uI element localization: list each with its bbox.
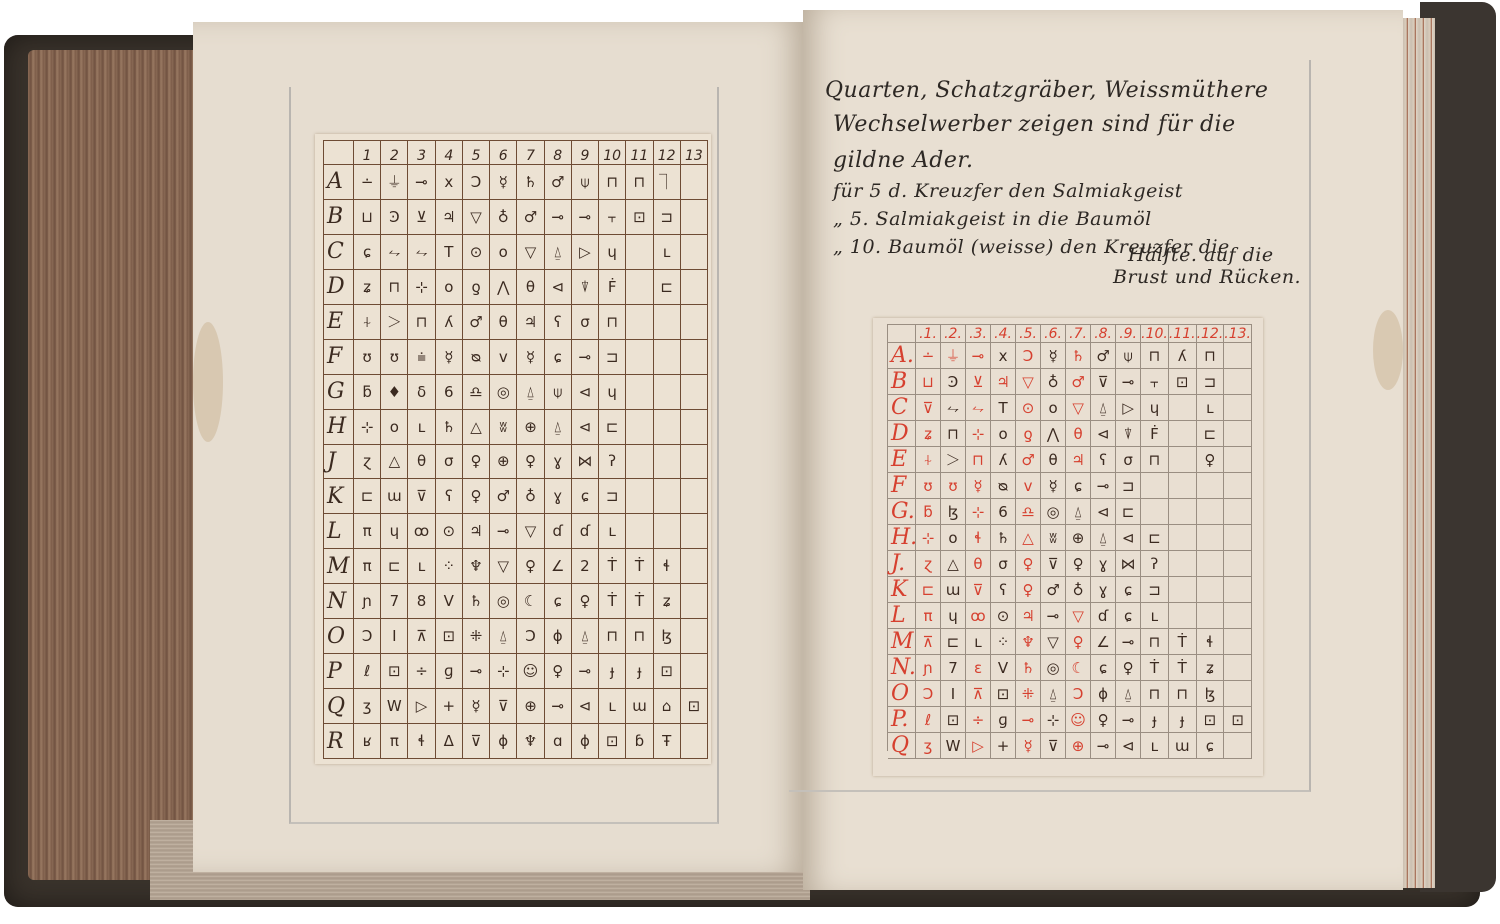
cipher-symbol bbox=[1224, 681, 1252, 707]
cipher-symbol bbox=[681, 445, 708, 480]
cipher-symbol: ⊸ bbox=[572, 340, 599, 375]
cipher-symbol bbox=[626, 305, 653, 340]
cipher-symbol: ɣ bbox=[1091, 551, 1116, 577]
row-label: P. bbox=[888, 707, 916, 733]
cipher-symbol: ƍ bbox=[1016, 421, 1041, 447]
cipher-symbol bbox=[681, 619, 708, 654]
cipher-symbol: 7 bbox=[941, 655, 966, 681]
row-label: D bbox=[324, 270, 354, 305]
cipher-symbol: ⊲ bbox=[1091, 499, 1116, 525]
cipher-symbol: ♀ bbox=[1016, 577, 1041, 603]
cipher-symbol: ♄ bbox=[1066, 343, 1091, 369]
cipher-symbol bbox=[1224, 733, 1252, 759]
cipher-symbol: ɗ bbox=[545, 514, 572, 549]
cipher-symbol: ♀ bbox=[517, 549, 544, 584]
row-label: M bbox=[324, 549, 354, 584]
cipher-symbol: ⊓ bbox=[941, 421, 966, 447]
cipher-symbol bbox=[1224, 447, 1252, 473]
cipher-symbol: Ↄ bbox=[1066, 681, 1091, 707]
column-header: .8. bbox=[1091, 325, 1116, 343]
cipher-symbol: ⊏ bbox=[1197, 421, 1225, 447]
cipher-symbol: ♄ bbox=[1016, 655, 1041, 681]
cipher-symbol: ɬ bbox=[654, 549, 681, 584]
cipher-symbol: ʑ bbox=[1197, 655, 1225, 681]
cipher-symbol: ☿ bbox=[966, 473, 991, 499]
cipher-symbol bbox=[654, 445, 681, 480]
cipher-symbol: V bbox=[436, 584, 463, 619]
column-header: 5 bbox=[463, 141, 490, 165]
cipher-symbol: I bbox=[941, 681, 966, 707]
cipher-symbol: ♀ bbox=[1091, 707, 1116, 733]
cipher-symbol: ʟ bbox=[966, 629, 991, 655]
cipher-symbol: ☿ bbox=[1041, 343, 1066, 369]
cipher-symbol: ⍒ bbox=[572, 270, 599, 305]
cipher-symbol bbox=[681, 305, 708, 340]
cipher-symbol: Ḟ bbox=[599, 270, 626, 305]
cipher-symbol bbox=[1169, 603, 1197, 629]
cipher-symbol: ʟ bbox=[599, 689, 626, 724]
left-page: 12345678910111213A∸⏚⊸xↃ☿♄♂⍦⊓⊓⏋B⊔Ͽ⊻♃▽♁♂⊸⊸… bbox=[193, 22, 803, 872]
cipher-symbol: ⊲ bbox=[545, 270, 572, 305]
cipher-symbol: ʒ bbox=[916, 733, 941, 759]
cipher-symbol: ⊽ bbox=[463, 724, 490, 759]
cipher-symbol bbox=[1169, 473, 1197, 499]
cipher-symbol: ⊐ bbox=[654, 200, 681, 235]
cipher-symbol: △ bbox=[463, 410, 490, 445]
cipher-symbol: ⊲ bbox=[572, 689, 599, 724]
cipher-symbol: ♁ bbox=[517, 479, 544, 514]
cipher-symbol: ♂ bbox=[463, 305, 490, 340]
cipher-symbol: ɸ bbox=[1091, 681, 1116, 707]
cipher-symbol: W bbox=[941, 733, 966, 759]
cipher-symbol: ⊡ bbox=[599, 724, 626, 759]
column-header: .6. bbox=[1041, 325, 1066, 343]
cipher-symbol: ɯ bbox=[381, 479, 408, 514]
cipher-symbol: ⍒ bbox=[1116, 421, 1141, 447]
cipher-symbol: ⊲ bbox=[1091, 421, 1116, 447]
cipher-symbol: ⊙ bbox=[436, 514, 463, 549]
cipher-symbol: σ bbox=[436, 445, 463, 480]
cipher-symbol: ◎ bbox=[1041, 655, 1066, 681]
column-header: .2. bbox=[941, 325, 966, 343]
cipher-symbol: Ↄ bbox=[463, 165, 490, 200]
cipher-symbol bbox=[1169, 421, 1197, 447]
cipher-symbol: ɮ bbox=[941, 499, 966, 525]
cipher-symbol: ⊡ bbox=[681, 689, 708, 724]
cipher-symbol: ʕ bbox=[991, 577, 1016, 603]
cipher-symbol: ɮ bbox=[1197, 681, 1225, 707]
cipher-symbol: ▽ bbox=[1066, 603, 1091, 629]
cipher-symbol: ⊽ bbox=[408, 479, 435, 514]
cipher-symbol: ⊏ bbox=[599, 410, 626, 445]
cipher-symbol: ⊡ bbox=[436, 619, 463, 654]
cipher-symbol: ʬ bbox=[490, 410, 517, 445]
row-label: H. bbox=[888, 525, 916, 551]
cipher-symbol: ⩧ bbox=[408, 340, 435, 375]
cipher-symbol: ɀ bbox=[354, 445, 381, 480]
cipher-symbol: ▷ bbox=[408, 689, 435, 724]
row-label: M bbox=[888, 629, 916, 655]
cipher-symbol: ♀ bbox=[1066, 629, 1091, 655]
cipher-symbol: ⍙ bbox=[545, 235, 572, 270]
cipher-symbol bbox=[1224, 421, 1252, 447]
cipher-symbol bbox=[1224, 395, 1252, 421]
cipher-symbol bbox=[1224, 603, 1252, 629]
column-header: 8 bbox=[545, 141, 572, 165]
cipher-symbol bbox=[1224, 473, 1252, 499]
cipher-symbol: ⊼ bbox=[966, 681, 991, 707]
cipher-symbol: ⊲ bbox=[1116, 733, 1141, 759]
cipher-symbol bbox=[626, 340, 653, 375]
cipher-symbol bbox=[681, 235, 708, 270]
cipher-symbol bbox=[654, 340, 681, 375]
cipher-symbol bbox=[681, 549, 708, 584]
cipher-symbol: ⊓ bbox=[626, 619, 653, 654]
cipher-symbol bbox=[654, 479, 681, 514]
cipher-symbol: ♄ bbox=[463, 584, 490, 619]
cipher-symbol bbox=[681, 479, 708, 514]
column-header: 3 bbox=[408, 141, 435, 165]
cipher-symbol: ÷ bbox=[408, 654, 435, 689]
cipher-symbol: ɑ bbox=[545, 724, 572, 759]
cipher-symbol: ♀ bbox=[572, 584, 599, 619]
right-cipher-table: .1..2..3..4..5..6..7..8..9..10..11..12..… bbox=[887, 324, 1252, 751]
cipher-symbol bbox=[681, 165, 708, 200]
cipher-symbol: π bbox=[354, 549, 381, 584]
cipher-symbol: ♀ bbox=[545, 654, 572, 689]
row-label: G bbox=[324, 375, 354, 410]
cipher-symbol: ʟ bbox=[1141, 733, 1169, 759]
cipher-symbol: ɟ bbox=[1141, 707, 1169, 733]
cipher-symbol bbox=[1169, 499, 1197, 525]
cipher-symbol: π bbox=[916, 603, 941, 629]
cipher-symbol: ⊏ bbox=[941, 629, 966, 655]
cipher-symbol: ▽ bbox=[1066, 395, 1091, 421]
cipher-symbol: Ṫ bbox=[626, 584, 653, 619]
cipher-symbol: ⊻ bbox=[966, 369, 991, 395]
cipher-symbol: Ḟ bbox=[1141, 421, 1169, 447]
cipher-symbol: ʟ bbox=[408, 549, 435, 584]
cipher-symbol: ɣ bbox=[545, 445, 572, 480]
cipher-symbol: ⊏ bbox=[654, 270, 681, 305]
handwriting-line-5: „ 5. Salmiakgeist in die Baumöl bbox=[833, 208, 1152, 230]
cipher-symbol: ♀ bbox=[1066, 551, 1091, 577]
cipher-symbol: σ bbox=[1116, 447, 1141, 473]
cipher-symbol bbox=[1224, 629, 1252, 655]
left-cipher-table: 12345678910111213A∸⏚⊸xↃ☿♄♂⍦⊓⊓⏋B⊔Ͽ⊻♃▽♁♂⊸⊸… bbox=[323, 140, 708, 759]
cipher-symbol: ⊓ bbox=[408, 305, 435, 340]
cipher-symbol: ⊔ bbox=[916, 369, 941, 395]
cipher-symbol: ∸ bbox=[354, 165, 381, 200]
cipher-symbol: ɟ bbox=[1169, 707, 1197, 733]
cipher-symbol: ⊲ bbox=[1116, 525, 1141, 551]
cipher-symbol: θ bbox=[1066, 421, 1091, 447]
handwriting-line-4: für 5 d. Kreuzfer den Salmiakgeist bbox=[833, 180, 1183, 202]
cipher-symbol: ♀ bbox=[463, 445, 490, 480]
cipher-symbol: ☾ bbox=[1066, 655, 1091, 681]
cipher-symbol: ⅴ bbox=[490, 340, 517, 375]
cipher-symbol: ♁ bbox=[1066, 577, 1091, 603]
cipher-symbol: x bbox=[991, 343, 1016, 369]
cipher-symbol: ⊸ bbox=[1041, 603, 1066, 629]
row-label: E bbox=[324, 305, 354, 340]
cipher-symbol: 7 bbox=[381, 584, 408, 619]
cipher-symbol: ⊓ bbox=[1197, 343, 1225, 369]
cipher-symbol: △ bbox=[1016, 525, 1041, 551]
cipher-symbol: ⊓ bbox=[1141, 447, 1169, 473]
cipher-symbol: ♀ bbox=[1016, 551, 1041, 577]
column-header: .7. bbox=[1066, 325, 1091, 343]
row-label: K bbox=[324, 479, 354, 514]
cipher-symbol: o bbox=[490, 235, 517, 270]
cipher-symbol bbox=[626, 514, 653, 549]
cipher-symbol: Ↄ bbox=[1016, 343, 1041, 369]
row-label: B bbox=[324, 200, 354, 235]
cipher-symbol: ♂ bbox=[1066, 369, 1091, 395]
cipher-symbol: + bbox=[436, 689, 463, 724]
cipher-symbol: ⍙ bbox=[517, 375, 544, 410]
cipher-symbol: ♄ bbox=[436, 410, 463, 445]
cipher-symbol: Δ bbox=[436, 724, 463, 759]
column-header: 2 bbox=[381, 141, 408, 165]
right-page: Quarten, Schatzgräber, Weissmüthere Wech… bbox=[803, 10, 1403, 890]
cipher-symbol: ⊡ bbox=[626, 200, 653, 235]
cipher-symbol: 6 bbox=[991, 499, 1016, 525]
cipher-symbol: ʎ bbox=[1169, 343, 1197, 369]
cipher-symbol: Ŧ bbox=[654, 724, 681, 759]
cipher-symbol bbox=[1224, 655, 1252, 681]
cipher-symbol: ♃ bbox=[436, 200, 463, 235]
cipher-symbol: ♀ bbox=[1197, 447, 1225, 473]
row-label: C bbox=[888, 395, 916, 421]
cipher-symbol bbox=[681, 514, 708, 549]
cipher-symbol: Ↄ bbox=[354, 619, 381, 654]
row-label: A bbox=[324, 165, 354, 200]
cipher-symbol: ʬ bbox=[1041, 525, 1066, 551]
cipher-symbol: ʊ bbox=[941, 473, 966, 499]
cipher-symbol: θ bbox=[1041, 447, 1066, 473]
cipher-symbol bbox=[681, 270, 708, 305]
column-header: .5. bbox=[1016, 325, 1041, 343]
cipher-symbol: ⊡ bbox=[941, 707, 966, 733]
cipher-symbol: ÷ bbox=[966, 707, 991, 733]
cipher-symbol: ʟ bbox=[1141, 603, 1169, 629]
cipher-symbol: 2 bbox=[572, 549, 599, 584]
column-header: .10. bbox=[1141, 325, 1169, 343]
cipher-symbol: ɕ bbox=[1066, 473, 1091, 499]
cipher-symbol: ⍙ bbox=[1041, 681, 1066, 707]
row-label: P bbox=[324, 654, 354, 689]
cipher-symbol bbox=[1169, 577, 1197, 603]
cipher-symbol: ⊸ bbox=[1116, 369, 1141, 395]
cipher-symbol: ⊓ bbox=[599, 165, 626, 200]
cipher-symbol bbox=[626, 235, 653, 270]
cipher-symbol: o bbox=[381, 410, 408, 445]
cipher-symbol: ☿ bbox=[436, 340, 463, 375]
cipher-symbol: ⍦ bbox=[545, 375, 572, 410]
cipher-symbol: ⁜ bbox=[1016, 681, 1041, 707]
cipher-symbol: Ↄ bbox=[517, 619, 544, 654]
cipher-symbol: π bbox=[354, 514, 381, 549]
cipher-symbol: ɣ bbox=[1091, 577, 1116, 603]
row-label: N bbox=[324, 584, 354, 619]
row-label: E bbox=[888, 447, 916, 473]
cipher-symbol: ʟ bbox=[599, 514, 626, 549]
cipher-symbol: △ bbox=[381, 445, 408, 480]
cipher-symbol: ɬ bbox=[408, 724, 435, 759]
cipher-symbol: ▽ bbox=[1041, 629, 1066, 655]
cipher-symbol: ♀ bbox=[1116, 655, 1141, 681]
cipher-symbol bbox=[681, 375, 708, 410]
row-label: J. bbox=[888, 551, 916, 577]
cipher-symbol: ʑ bbox=[354, 270, 381, 305]
cipher-symbol: ɥ bbox=[1141, 395, 1169, 421]
cipher-symbol: ⊏ bbox=[1116, 499, 1141, 525]
cipher-symbol: ɬ bbox=[1197, 629, 1225, 655]
cipher-symbol: ⊲ bbox=[572, 375, 599, 410]
cipher-symbol: ⊽ bbox=[490, 689, 517, 724]
cipher-symbol: ⊸ bbox=[966, 343, 991, 369]
cipher-symbol: π bbox=[381, 724, 408, 759]
cipher-symbol: ɥ bbox=[381, 514, 408, 549]
cipher-symbol: ⊸ bbox=[572, 200, 599, 235]
cipher-symbol: W bbox=[381, 689, 408, 724]
cipher-symbol: ♀ bbox=[517, 445, 544, 480]
cipher-symbol: ⁘ bbox=[436, 549, 463, 584]
cipher-symbol: ᴓ bbox=[991, 473, 1016, 499]
row-label: D bbox=[888, 421, 916, 447]
cipher-symbol: ɬ bbox=[966, 525, 991, 551]
cipher-symbol: ☺ bbox=[517, 654, 544, 689]
cipher-symbol: 8 bbox=[408, 584, 435, 619]
cipher-symbol: ⊐ bbox=[1141, 577, 1169, 603]
cipher-symbol: ⍦ bbox=[1116, 343, 1141, 369]
cipher-symbol: ▽ bbox=[517, 235, 544, 270]
cipher-symbol: θ bbox=[966, 551, 991, 577]
right-page-edges bbox=[1400, 18, 1435, 888]
cipher-symbol: ▽ bbox=[463, 200, 490, 235]
cipher-symbol: ʔ bbox=[599, 445, 626, 480]
cipher-symbol bbox=[1224, 343, 1252, 369]
cipher-symbol: ⍙ bbox=[490, 619, 517, 654]
cipher-symbol: ∠ bbox=[1091, 629, 1116, 655]
cipher-symbol: θ bbox=[408, 445, 435, 480]
cipher-symbol: V bbox=[991, 655, 1016, 681]
handwriting-line-2: Wechselwerber zeigen sind für die bbox=[833, 112, 1236, 137]
column-header: 10 bbox=[599, 141, 626, 165]
cipher-symbol: ⊓ bbox=[626, 165, 653, 200]
cipher-symbol: ⁘ bbox=[991, 629, 1016, 655]
cipher-symbol: ɕ bbox=[1116, 577, 1141, 603]
column-header: .12. bbox=[1197, 325, 1225, 343]
cipher-symbol bbox=[1224, 577, 1252, 603]
corner-cell bbox=[888, 325, 916, 343]
cipher-symbol: ɕ bbox=[1091, 655, 1116, 681]
cipher-symbol: ɕ bbox=[1116, 603, 1141, 629]
cipher-symbol: ƃ bbox=[354, 375, 381, 410]
cipher-symbol: ɣ bbox=[545, 479, 572, 514]
cipher-symbol: ⌂ bbox=[654, 689, 681, 724]
cipher-symbol: ⥊ bbox=[941, 395, 966, 421]
cipher-symbol: ⊐ bbox=[599, 479, 626, 514]
cipher-symbol: ⊕ bbox=[517, 410, 544, 445]
cipher-symbol: ◎ bbox=[490, 584, 517, 619]
cipher-symbol: ʕ bbox=[545, 305, 572, 340]
cipher-symbol: Ṫ bbox=[599, 584, 626, 619]
cipher-symbol: ☿ bbox=[463, 689, 490, 724]
cipher-symbol: ʊ bbox=[381, 340, 408, 375]
cipher-symbol: ⋈ bbox=[1116, 551, 1141, 577]
cipher-symbol: ⊸ bbox=[1116, 629, 1141, 655]
cipher-symbol: ƃ bbox=[916, 499, 941, 525]
cipher-symbol: ʟ bbox=[408, 410, 435, 445]
cipher-symbol bbox=[1169, 395, 1197, 421]
cipher-symbol bbox=[626, 410, 653, 445]
cipher-symbol: ⊙ bbox=[1016, 395, 1041, 421]
cipher-symbol bbox=[1224, 551, 1252, 577]
cipher-symbol: ⊓ bbox=[1141, 681, 1169, 707]
cipher-symbol: ⋈ bbox=[572, 445, 599, 480]
column-header: .9. bbox=[1116, 325, 1141, 343]
cipher-symbol: ⊸ bbox=[1091, 733, 1116, 759]
cipher-symbol: ♂ bbox=[517, 200, 544, 235]
cipher-symbol: ⊔ bbox=[354, 200, 381, 235]
cipher-symbol: Ṫ bbox=[599, 549, 626, 584]
cipher-symbol: ɸ bbox=[572, 724, 599, 759]
cipher-symbol: ∸ bbox=[916, 343, 941, 369]
cipher-symbol: ♂ bbox=[545, 165, 572, 200]
column-header: 9 bbox=[572, 141, 599, 165]
column-header: .11. bbox=[1169, 325, 1197, 343]
cipher-symbol bbox=[626, 375, 653, 410]
row-label: Q bbox=[888, 733, 916, 759]
column-header: 11 bbox=[626, 141, 653, 165]
cipher-symbol: σ bbox=[991, 551, 1016, 577]
cipher-symbol bbox=[1197, 551, 1225, 577]
cipher-symbol: ʔ bbox=[1141, 551, 1169, 577]
cipher-symbol: Ṫ bbox=[1141, 655, 1169, 681]
cipher-symbol: ⊹ bbox=[490, 654, 517, 689]
cipher-symbol: ⍙ bbox=[1116, 681, 1141, 707]
cipher-symbol: Ṫ bbox=[1169, 629, 1197, 655]
cipher-symbol: ⊡ bbox=[1224, 707, 1252, 733]
cipher-symbol bbox=[626, 479, 653, 514]
row-label: L bbox=[324, 514, 354, 549]
cipher-symbol: ⥊ bbox=[966, 395, 991, 421]
cipher-symbol bbox=[681, 654, 708, 689]
cipher-symbol bbox=[1224, 525, 1252, 551]
cipher-symbol bbox=[1141, 473, 1169, 499]
cipher-symbol: ɗ bbox=[572, 514, 599, 549]
cipher-symbol: ⍦ bbox=[572, 165, 599, 200]
cipher-symbol: ⊡ bbox=[991, 681, 1016, 707]
cipher-symbol: ⊕ bbox=[1066, 525, 1091, 551]
cipher-symbol: ▽ bbox=[490, 549, 517, 584]
cipher-symbol: ʁ bbox=[354, 724, 381, 759]
cipher-symbol: ʑ bbox=[654, 584, 681, 619]
cipher-symbol: ☿ bbox=[1041, 473, 1066, 499]
cipher-symbol: ɕ bbox=[545, 340, 572, 375]
cipher-symbol: ⍙ bbox=[572, 619, 599, 654]
cipher-symbol: ⊹ bbox=[966, 499, 991, 525]
cipher-symbol: ⊙ bbox=[463, 235, 490, 270]
cipher-symbol: ⊏ bbox=[1141, 525, 1169, 551]
cipher-symbol: T bbox=[436, 235, 463, 270]
row-label: H bbox=[324, 410, 354, 445]
cipher-symbol: I bbox=[381, 619, 408, 654]
cipher-symbol: o bbox=[991, 421, 1016, 447]
cipher-symbol: ɀ bbox=[916, 551, 941, 577]
